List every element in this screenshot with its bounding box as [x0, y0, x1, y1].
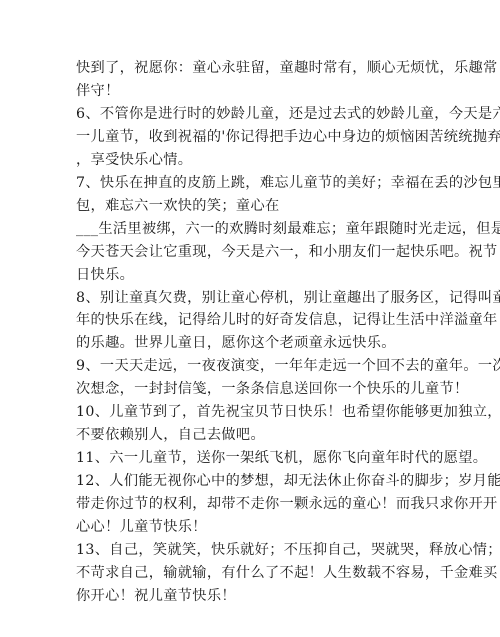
text-line: 不要依赖别人，自己去做吧。	[76, 424, 426, 447]
text-line: 伴守！	[76, 80, 426, 103]
text-line: 12、人们能无视你心中的梦想，却无法休止你奋斗的脚步；岁月能	[76, 470, 426, 493]
text-line: 的乐趣。世界儿童日，愿你这个老顽童永远快乐。	[76, 332, 426, 355]
document-body: 快到了，祝愿你：童心永驻留，童趣时常有，顺心无烦忧，乐趣常 伴守！ 6、不管你是…	[76, 57, 426, 608]
text-line: 包，难忘六一欢快的笑；童心在	[76, 195, 426, 218]
text-line: 7、快乐在抻直的皮筋上跳，难忘儿童节的美好；幸福在丢的沙包里	[76, 172, 426, 195]
text-line: 9、一天天走远，一夜夜演变，一年年走远一个回不去的童年。一次	[76, 355, 426, 378]
text-line: 带走你过节的权利，却带不走你一颗永远的童心！而我只求你开开	[76, 493, 426, 516]
text-line: 8、别让童真欠费，别让童心停机，别让童趣出了服务区，记得叫童	[76, 287, 426, 310]
text-line: ___生活里被绑，六一的欢腾时刻最难忘；童年跟随时光走远，但是	[76, 218, 426, 241]
text-line: 心心！儿童节快乐！	[76, 516, 426, 539]
text-line: 快到了，祝愿你：童心永驻留，童趣时常有，顺心无烦忧，乐趣常	[76, 57, 426, 80]
text-line: 次想念，一封封信笺，一条条信息送回你一个快乐的儿童节！	[76, 378, 426, 401]
text-line: 6、不管你是进行时的妙龄儿童，还是过去式的妙龄儿童，今天是六	[76, 103, 426, 126]
text-line: 今天苍天会让它重现，今天是六一，和小朋友们一起快乐吧。祝节	[76, 241, 426, 264]
text-line: 日快乐。	[76, 264, 426, 287]
text-line: ，享受快乐心情。	[76, 149, 426, 172]
text-line: 不苛求自己，输就输，有什么了不起！人生数载不容易，千金难买	[76, 562, 426, 585]
document-page: 快到了，祝愿你：童心永驻留，童趣时常有，顺心无烦忧，乐趣常 伴守！ 6、不管你是…	[0, 0, 500, 637]
text-line: 你开心！祝儿童节快乐！	[76, 585, 426, 608]
text-line: 13、自己，笑就笑，快乐就好；不压抑自己，哭就哭，释放心情；	[76, 539, 426, 562]
text-line: 一儿童节，收到祝福的'你记得把手边心中身边的烦恼困苦统统抛弃	[76, 126, 426, 149]
text-line: 10、儿童节到了，首先祝宝贝节日快乐！也希望你能够更加独立，	[76, 401, 426, 424]
text-line: 11、六一儿童节，送你一架纸飞机，愿你飞向童年时代的愿望。	[76, 447, 426, 470]
text-line: 年的快乐在线，记得给儿时的好奇发信息，记得让生活中洋溢童年	[76, 309, 426, 332]
